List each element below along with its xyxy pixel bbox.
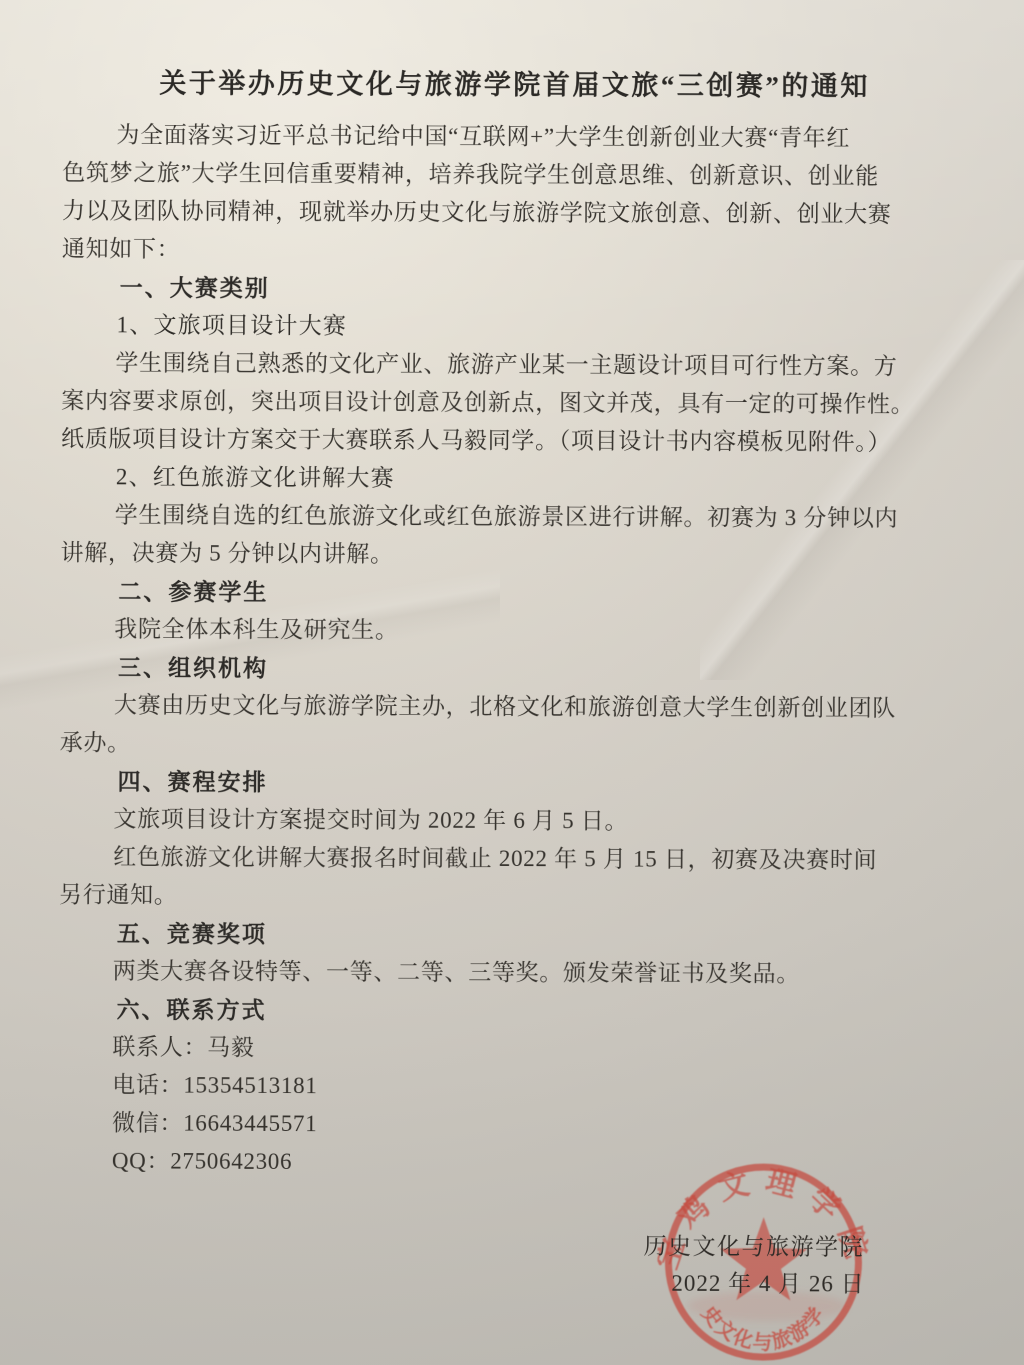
signature-organization: 历史文化与旅游学院 [643,1228,903,1267]
body-line: 文旅项目设计方案提交时间为 2022 年 6 月 5 日。 [59,800,963,842]
body-line: 学生围绕自选的红色旅游文化或红色旅游景区进行讲解。初赛为 3 分钟以内 [61,496,965,538]
body-line: 通知如下： [62,230,966,272]
sub-heading: 2、红色旅游文化讲解大赛 [61,458,965,500]
section-heading: 三、组织机构 [60,648,964,690]
section-heading: 六、联系方式 [58,990,962,1032]
body-line: 色筑梦之旅”大学生回信重要精神，培养我院学生创意思维、创新意识、创业能 [62,154,966,196]
signature-date: 2022 年 4 月 26 日 [671,1265,911,1304]
body-line: 承办。 [60,724,964,766]
contact-person-line: 联系人：马毅 [58,1028,962,1070]
section-heading: 四、赛程安排 [59,762,963,804]
section-heading: 二、参赛学生 [60,572,964,614]
body-line: 案内容要求原创，突出项目设计创意及创新点，图文并茂，具有一定的可操作性。 [61,382,965,424]
sub-heading: 1、文旅项目设计大赛 [61,306,965,348]
body-line: 学生围绕自己熟悉的文化产业、旅游产业某一主题设计项目可行性方案。方 [61,344,965,386]
section-heading: 五、竞赛奖项 [59,914,963,956]
body-line: 两类大赛各设特等、一等、二等、三等奖。颁发荣誉证书及奖品。 [59,952,963,994]
body-line: 另行通知。 [59,876,963,918]
document-title: 关于举办历史文化与旅游学院首届文旅“三创赛”的通知 [63,62,967,108]
contact-wechat-line: 微信：16643445571 [58,1104,962,1146]
document-page: 关于举办历史文化与旅游学院首届文旅“三创赛”的通知 为全面落实习近平总书记给中国… [0,0,1024,1365]
body-line: 纸质版项目设计方案交于大赛联系人马毅同学。（项目设计书内容模板见附件。） [61,420,965,462]
body-line: 我院全体本科生及研究生。 [60,610,964,652]
body-line: 为全面落实习近平总书记给中国“互联网+”大学生创新创业大赛“青年红 [62,116,966,158]
contact-phone-line: 电话：15354513181 [58,1066,962,1108]
body-line: 讲解，决赛为 5 分钟以内讲解。 [60,534,964,576]
body-line: 大赛由历史文化与旅游学院主办，北格文化和旅游创意大学生创新创业团队 [60,686,964,728]
body-line: 力以及团队协同精神，现就举办历史文化与旅游学院文旅创意、创新、创业大赛 [62,192,966,234]
body-line: 红色旅游文化讲解大赛报名时间截止 2022 年 5 月 15 日，初赛及决赛时间 [59,838,963,880]
document-body: 为全面落实习近平总书记给中国“互联网+”大学生创新创业大赛“青年红 色筑梦之旅”… [58,116,967,1184]
section-heading: 一、大赛类别 [62,268,966,310]
